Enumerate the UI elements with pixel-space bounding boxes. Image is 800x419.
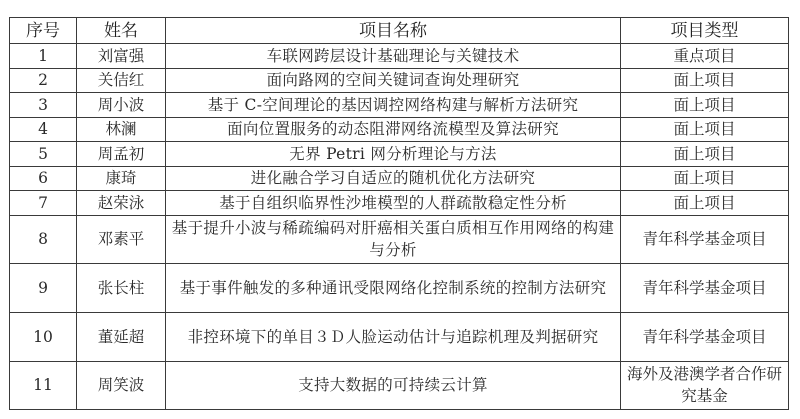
cell-title: 基于提升小波与稀疏编码对肝癌相关蛋白质相互作用网络的构建与分析 — [166, 215, 621, 264]
cell-no: 4 — [10, 117, 77, 142]
cell-type: 面上项目 — [621, 93, 789, 118]
cell-no: 1 — [10, 44, 77, 69]
cell-title: 无界 Petri 网分析理论与方法 — [166, 142, 621, 167]
cell-type: 面上项目 — [621, 117, 789, 142]
cell-title: 基于 C-空间理论的基因调控网络构建与解析方法研究 — [166, 93, 621, 118]
table-row: 1 刘富强 车联网跨层设计基础理论与关键技术 重点项目 — [10, 44, 789, 69]
cell-type: 面上项目 — [621, 68, 789, 93]
cell-type: 青年科学基金项目 — [621, 312, 789, 361]
cell-name: 周孟初 — [77, 142, 166, 167]
cell-name: 关佶红 — [77, 68, 166, 93]
cell-type: 重点项目 — [621, 44, 789, 69]
cell-name: 康琦 — [77, 166, 166, 191]
table-row: 10 董延超 非控环境下的单目３Ｄ人脸运动估计与追踪机理及判据研究 青年科学基金… — [10, 312, 789, 361]
cell-name: 董延超 — [77, 312, 166, 361]
table-row: 11 周笑波 支持大数据的可持续云计算 海外及港澳学者合作研究基金 — [10, 361, 789, 410]
cell-no: 5 — [10, 142, 77, 167]
table-row: 5 周孟初 无界 Petri 网分析理论与方法 面上项目 — [10, 142, 789, 167]
cell-title: 面向路网的空间关键词查询处理研究 — [166, 68, 621, 93]
cell-title: 非控环境下的单目３Ｄ人脸运动估计与追踪机理及判据研究 — [166, 312, 621, 361]
cell-type: 面上项目 — [621, 191, 789, 216]
cell-name: 周笑波 — [77, 361, 166, 410]
table-row: 6 康琦 进化融合学习自适应的随机优化方法研究 面上项目 — [10, 166, 789, 191]
header-type: 项目类型 — [621, 18, 789, 44]
table-row: 4 林澜 面向位置服务的动态阻滞网络流模型及算法研究 面上项目 — [10, 117, 789, 142]
header-no: 序号 — [10, 18, 77, 44]
cell-name: 赵荣泳 — [77, 191, 166, 216]
cell-type: 面上项目 — [621, 166, 789, 191]
table-row: 9 张长柱 基于事件触发的多种通讯受限网络化控制系统的控制方法研究 青年科学基金… — [10, 264, 789, 313]
cell-no: 11 — [10, 361, 77, 410]
cell-name: 林澜 — [77, 117, 166, 142]
cell-no: 9 — [10, 264, 77, 313]
cell-type: 青年科学基金项目 — [621, 215, 789, 264]
cell-no: 8 — [10, 215, 77, 264]
table-row: 3 周小波 基于 C-空间理论的基因调控网络构建与解析方法研究 面上项目 — [10, 93, 789, 118]
table-header-row: 序号 姓名 项目名称 项目类型 — [10, 18, 789, 44]
cell-title: 面向位置服务的动态阻滞网络流模型及算法研究 — [166, 117, 621, 142]
header-title: 项目名称 — [166, 18, 621, 44]
cell-no: 7 — [10, 191, 77, 216]
cell-title: 支持大数据的可持续云计算 — [166, 361, 621, 410]
cell-title: 基于自组织临界性沙堆模型的人群疏散稳定性分析 — [166, 191, 621, 216]
cell-no: 3 — [10, 93, 77, 118]
cell-no: 6 — [10, 166, 77, 191]
header-name: 姓名 — [77, 18, 166, 44]
cell-type: 面上项目 — [621, 142, 789, 167]
table-row: 8 邓素平 基于提升小波与稀疏编码对肝癌相关蛋白质相互作用网络的构建与分析 青年… — [10, 215, 789, 264]
cell-title: 进化融合学习自适应的随机优化方法研究 — [166, 166, 621, 191]
cell-name: 周小波 — [77, 93, 166, 118]
cell-title: 基于事件触发的多种通讯受限网络化控制系统的控制方法研究 — [166, 264, 621, 313]
cell-name: 刘富强 — [77, 44, 166, 69]
table-row: 7 赵荣泳 基于自组织临界性沙堆模型的人群疏散稳定性分析 面上项目 — [10, 191, 789, 216]
cell-no: 2 — [10, 68, 77, 93]
cell-title: 车联网跨层设计基础理论与关键技术 — [166, 44, 621, 69]
cell-name: 邓素平 — [77, 215, 166, 264]
table-row: 2 关佶红 面向路网的空间关键词查询处理研究 面上项目 — [10, 68, 789, 93]
cell-type: 海外及港澳学者合作研究基金 — [621, 361, 789, 410]
cell-no: 10 — [10, 312, 77, 361]
cell-type: 青年科学基金项目 — [621, 264, 789, 313]
project-table: 序号 姓名 项目名称 项目类型 1 刘富强 车联网跨层设计基础理论与关键技术 重… — [9, 17, 789, 410]
cell-name: 张长柱 — [77, 264, 166, 313]
